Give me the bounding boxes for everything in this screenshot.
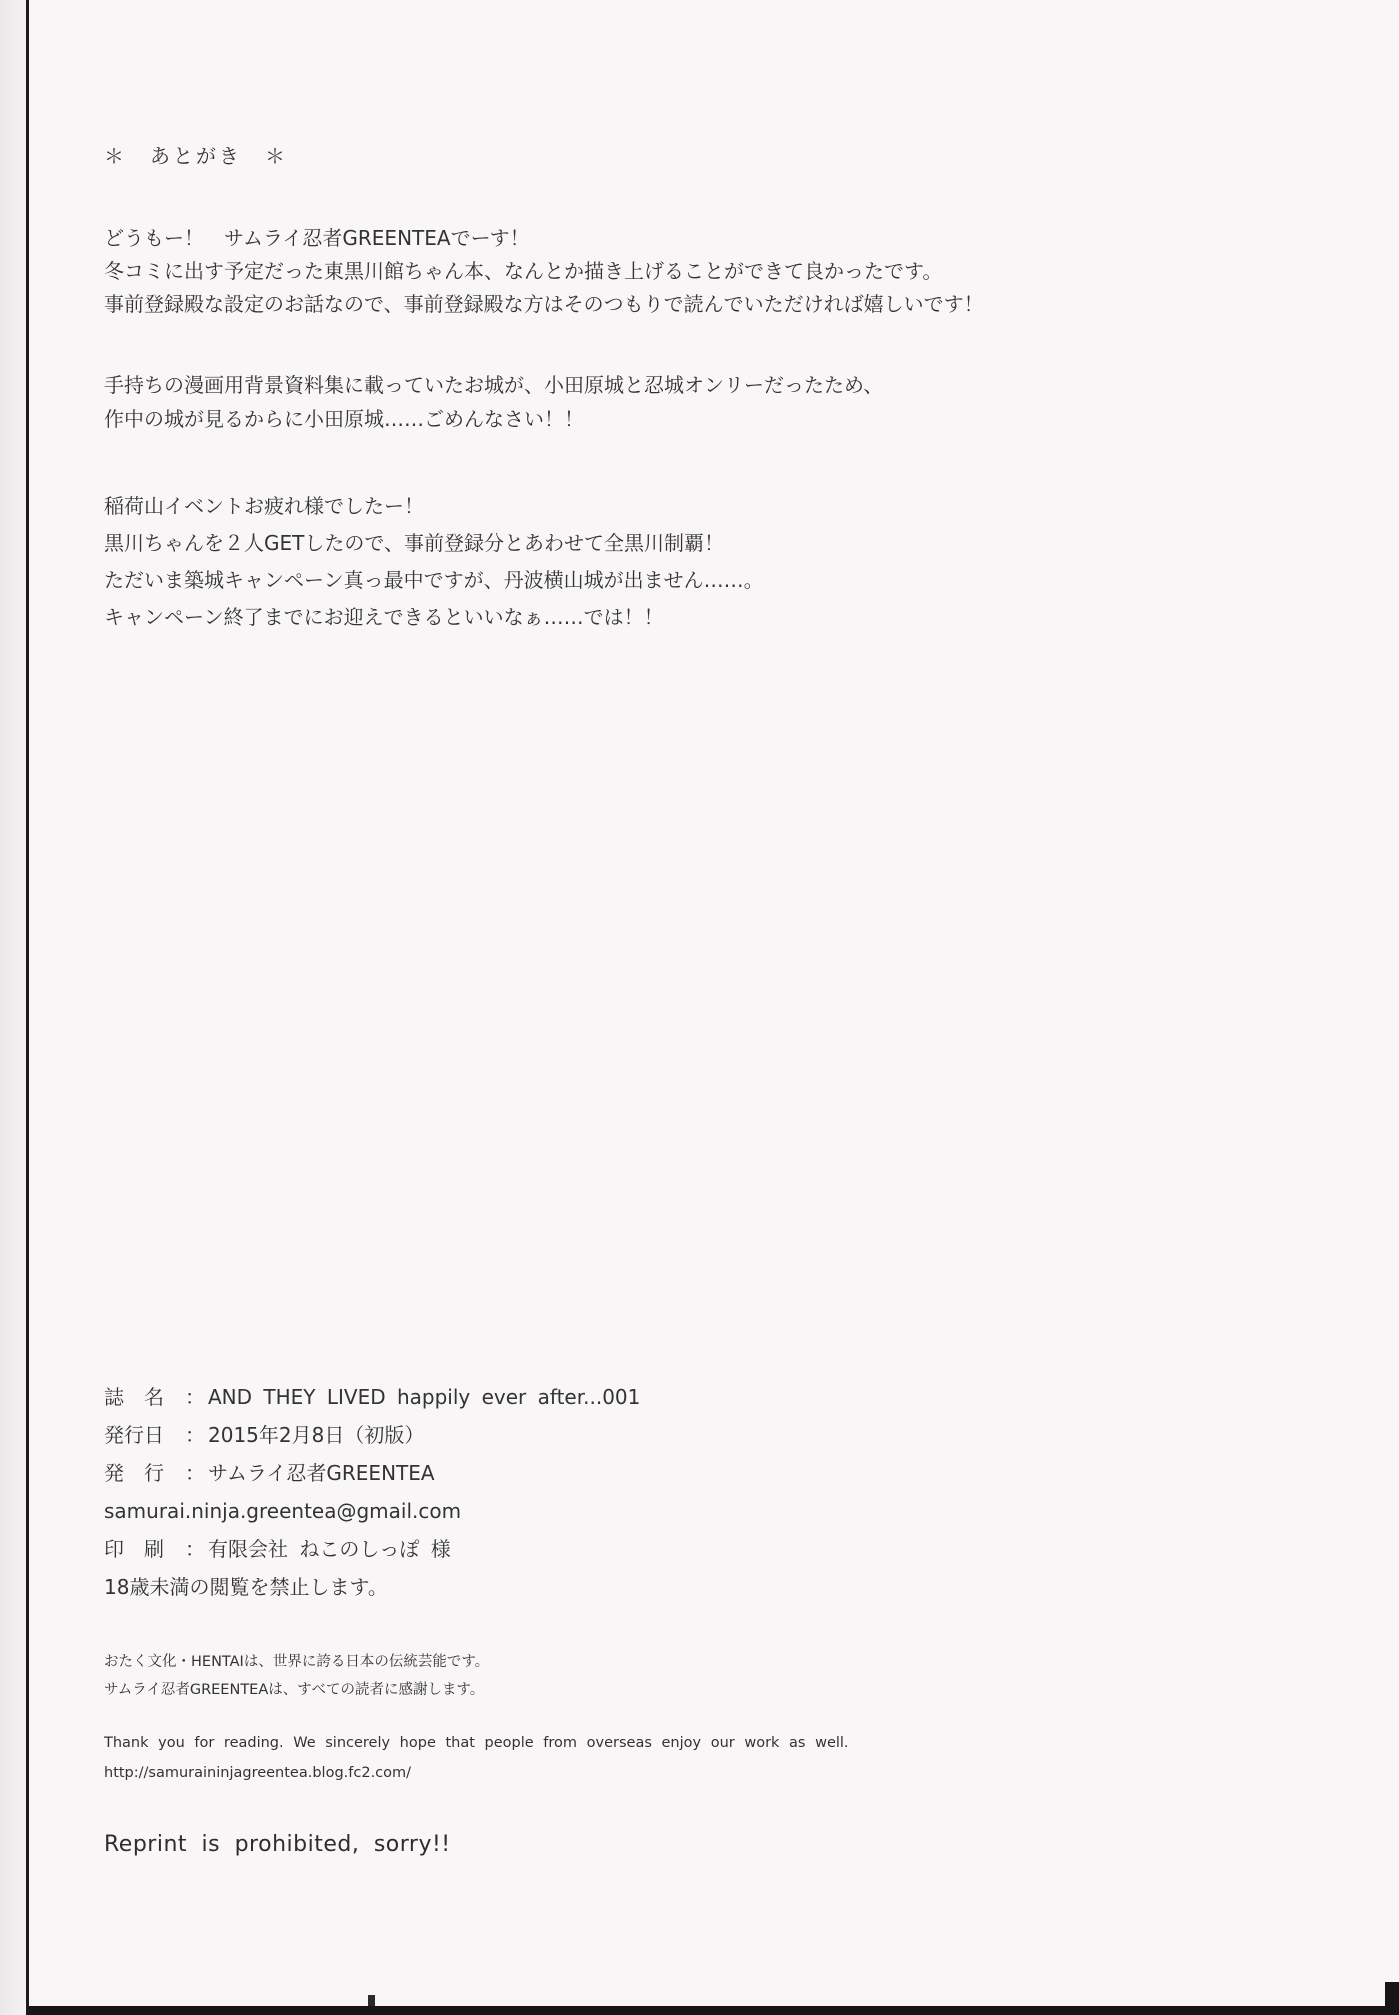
age-restriction-notice: 18歳未満の閲覧を禁止します。 bbox=[104, 1568, 640, 1606]
footer-note-line: おたく文化・HENTAIは、世界に誇る日本の伝統芸能です。 bbox=[104, 1648, 489, 1676]
paragraph-line: 手持ちの漫画用背景資料集に載っていたお城が、小田原城と忍城オンリーだったため、 bbox=[104, 368, 883, 402]
colophon-date-row: 発行日 ： 2015年2月8日（初版） bbox=[104, 1416, 640, 1454]
colophon-label: 発行日 bbox=[104, 1416, 185, 1454]
blog-url: http://samuraininjagreentea.blog.fc2.com… bbox=[104, 1765, 411, 1781]
book-title: AND THEY LIVED happily ever after...001 bbox=[208, 1378, 640, 1416]
colophon-label: 印 刷 bbox=[104, 1530, 185, 1568]
scan-corner-mark bbox=[1385, 1982, 1399, 2015]
afterword-paragraph-3: 稲荷山イベントお疲れ様でしたー！ 黒川ちゃんを２人GETしたので、事前登録分とあ… bbox=[104, 488, 764, 636]
footer-notes: おたく文化・HENTAIは、世界に誇る日本の伝統芸能です。 サムライ忍者GREE… bbox=[104, 1648, 489, 1704]
reprint-prohibition-notice: Reprint is prohibited, sorry!! bbox=[104, 1832, 451, 1857]
colophon-label: 発 行 bbox=[104, 1454, 185, 1492]
colophon: 誌 名 ： AND THEY LIVED happily ever after.… bbox=[104, 1378, 640, 1606]
paragraph-line: キャンペーン終了までにお迎えできるといいなぁ……では！！ bbox=[104, 599, 764, 636]
footer-note-line: サムライ忍者GREENTEAは、すべての読者に感謝します。 bbox=[104, 1676, 489, 1704]
paragraph-line: 作中の城が見るからに小田原城……ごめんなさい！！ bbox=[104, 402, 883, 436]
colophon-colon: ： bbox=[185, 1416, 208, 1454]
publisher-name: サムライ忍者GREENTEA bbox=[208, 1454, 435, 1492]
paragraph-line: ただいま築城キャンペーン真っ最中ですが、丹波横山城が出ません……。 bbox=[104, 562, 764, 599]
scan-left-edge-line bbox=[26, 0, 29, 2015]
scan-left-paper-edge bbox=[0, 0, 26, 2015]
colophon-colon: ： bbox=[185, 1530, 208, 1568]
afterword-heading: ＊ あとがき ＊ bbox=[104, 140, 288, 169]
paragraph-line: 黒川ちゃんを２人GETしたので、事前登録分とあわせて全黒川制覇！ bbox=[104, 525, 764, 562]
thanks-message: Thank you for reading. We sincerely hope… bbox=[104, 1735, 849, 1751]
paragraph-line: 事前登録殿な設定のお話なので、事前登録殿な方はそのつもりで読んでいただければ嬉し… bbox=[104, 288, 984, 321]
paragraph-line: どうもー！ サムライ忍者GREENTEAでーす！ bbox=[104, 222, 984, 255]
colophon-title-row: 誌 名 ： AND THEY LIVED happily ever after.… bbox=[104, 1378, 640, 1416]
colophon-colon: ： bbox=[185, 1454, 208, 1492]
paragraph-line: 冬コミに出す予定だった東黒川館ちゃん本、なんとか描き上げることができて良かったで… bbox=[104, 255, 984, 288]
scan-page-number-mark bbox=[368, 1995, 375, 2006]
scanned-afterword-page: ＊ あとがき ＊ どうもー！ サムライ忍者GREENTEAでーす！ 冬コミに出す… bbox=[0, 0, 1399, 2015]
afterword-paragraph-1: どうもー！ サムライ忍者GREENTEAでーす！ 冬コミに出す予定だった東黒川館… bbox=[104, 222, 984, 321]
publication-date: 2015年2月8日（初版） bbox=[208, 1416, 424, 1454]
colophon-label: 誌 名 bbox=[104, 1378, 185, 1416]
paragraph-line: 稲荷山イベントお疲れ様でしたー！ bbox=[104, 488, 764, 525]
colophon-colon: ： bbox=[185, 1378, 208, 1416]
colophon-printer-row: 印 刷 ： 有限会社 ねこのしっぽ 様 bbox=[104, 1530, 640, 1568]
colophon-publisher-row: 発 行 ： サムライ忍者GREENTEA bbox=[104, 1454, 640, 1492]
afterword-paragraph-2: 手持ちの漫画用背景資料集に載っていたお城が、小田原城と忍城オンリーだったため、 … bbox=[104, 368, 883, 436]
printer-name: 有限会社 ねこのしっぽ 様 bbox=[208, 1530, 451, 1568]
scan-bottom-edge bbox=[29, 2006, 1399, 2015]
contact-email: samurai.ninja.greentea@gmail.com bbox=[104, 1492, 640, 1530]
